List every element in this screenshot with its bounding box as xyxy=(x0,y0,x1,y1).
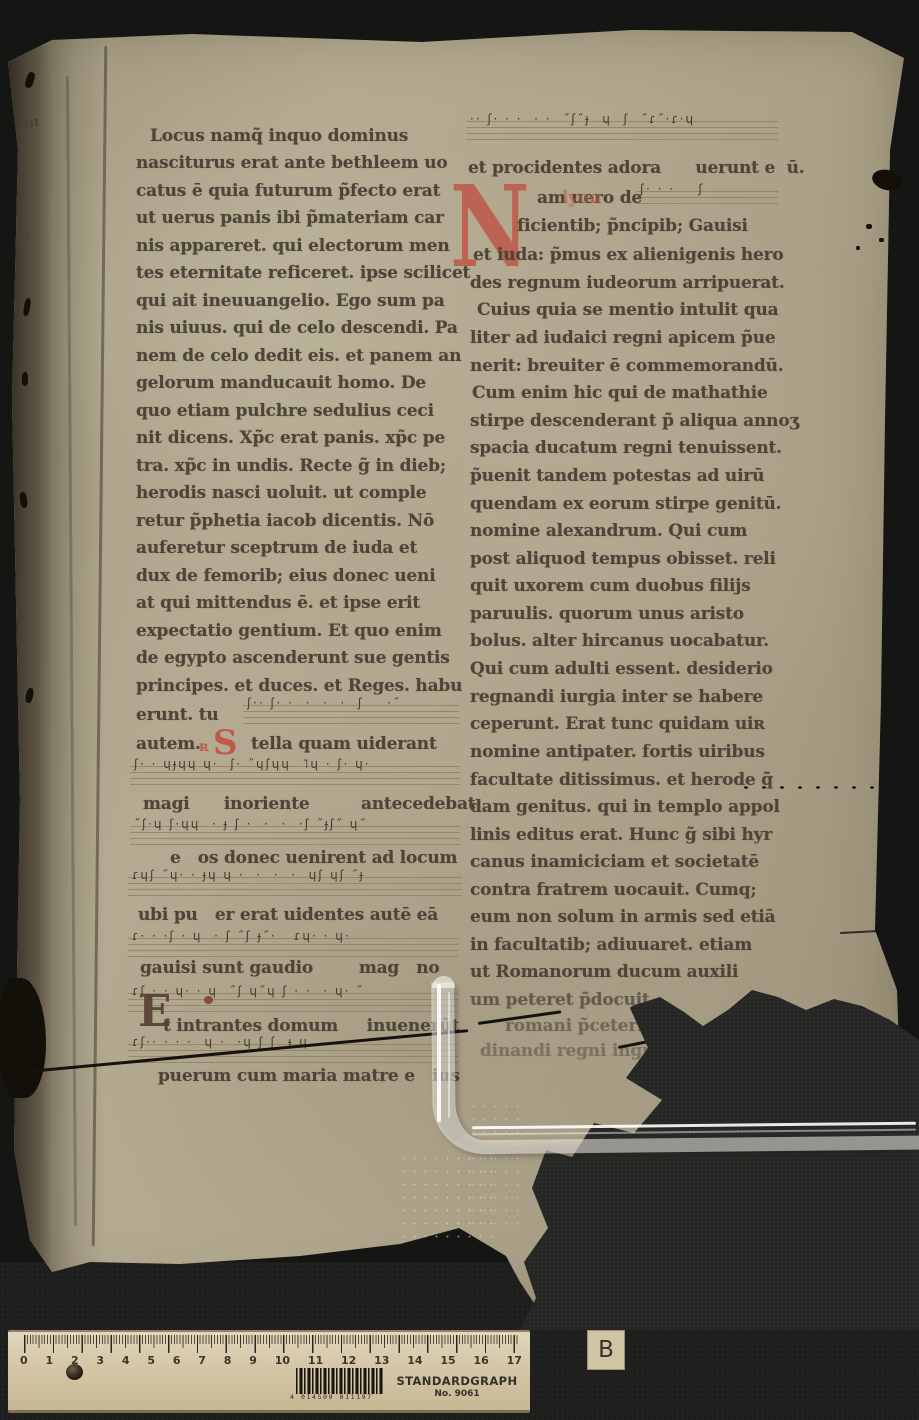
ruler-number: 16 xyxy=(473,1354,488,1367)
chant-lyric-line: e os donec uenirent ad locum xyxy=(170,848,457,868)
manuscript-text-line: nem de celo dedit eis. et panem an xyxy=(136,346,461,366)
ruler-brand: STANDARDGRAPH xyxy=(392,1374,522,1388)
ruler-number: 9 xyxy=(249,1354,257,1367)
manuscript-text-line: bolus. alter hircanus uocabatur. xyxy=(470,631,769,651)
music-staff: ɾ· · ·ʃ · ɥ · ʃ ˝ʃ ɟ˝· ɾɥ· · ɥ· xyxy=(128,933,458,957)
ruler-hole xyxy=(66,1364,83,1380)
ruler-number: 10 xyxy=(275,1354,290,1367)
manuscript-text-line: auferetur sceptrum de iuda et xyxy=(136,538,417,558)
chant-lyric-line: erunt. tu xyxy=(136,705,219,725)
manuscript-text-line: dam genitus. qui in templo appol xyxy=(470,797,780,817)
parchment-hole xyxy=(879,238,884,242)
ruler-number: 15 xyxy=(440,1354,455,1367)
neume-notation: ʃ·· ʃ· · · · · ʃ ·˝ xyxy=(247,696,401,710)
manuscript-text-line: quo etiam pulchre sedulius ceci xyxy=(136,401,434,421)
music-staff: ˝ʃ·ɥ ʃ·ɥɥ · ɟ ʃ · · · ·ʃ ˝ɟʃ˝ ɥ˝ xyxy=(130,821,460,845)
manuscript-text-line: facultate ditissimus. et herode q̃ xyxy=(470,770,773,790)
neume-notation: ˝ʃ·ɥ ʃ·ɥɥ · ɟ ʃ · · · ·ʃ ˝ɟʃ˝ ɥ˝ xyxy=(134,817,367,831)
ruler-number: 12 xyxy=(341,1354,356,1367)
manuscript-text-line: nasciturus erat ante bethleem uo xyxy=(136,153,448,173)
manuscript-text-line: liter ad iudaici regni apicem p̃ue xyxy=(470,328,775,348)
manuscript-text-line: nerit: breuiter ē commemorandū. xyxy=(470,356,784,376)
manuscript-text-line: ficientib; p̃ncipib; Gauisi xyxy=(517,216,748,236)
manuscript-text-line: p̃uenit tandem potestas ad uirū xyxy=(470,466,764,486)
manuscript-text-line: qui ait ineuuangelio. Ego sum pa xyxy=(136,291,445,311)
manuscript-text-line: des regnum iudeorum arripuerat. xyxy=(470,273,785,293)
manuscript-text-line: canus inamiciciam et societatē xyxy=(470,852,759,872)
manuscript-text-line: Cum enim hic qui de mathathie xyxy=(472,383,768,403)
neume-notation: ʃ· · ɥɟɥɥ ɥ· ʃ· ˝ɥʃɥɥ ˥ɥ · ʃ· ɥ· xyxy=(134,757,371,771)
barcode xyxy=(296,1368,384,1394)
barcode-digits: 4 014509 011197 xyxy=(290,1393,394,1401)
worm-holes-row xyxy=(737,783,909,792)
manuscript-text-line: de egypto ascenderunt sue gentis xyxy=(136,648,450,668)
photo-scale-marker-b: B xyxy=(587,1330,625,1370)
music-staff: ·· ʃ· · · · · ˝ʃ˝ɟ ɥ ʃ ˝ɾ˝·ɾ·ɥ xyxy=(466,116,778,140)
chant-lyric-line: tella quam uiderant xyxy=(251,734,437,754)
manuscript-text-line: tra. xp̃c in undis. Recte g̃ in dieb; xyxy=(136,456,446,476)
binding-gutter-shadow xyxy=(6,16,106,1316)
edge-nick xyxy=(22,372,28,386)
manuscript-text-line: tes eternitate reficeret. ipse scilicet xyxy=(136,263,470,283)
ruler-number: 1 xyxy=(45,1354,53,1367)
manuscript-text-line: nis uiuus. qui de celo descendi. Pa xyxy=(136,318,458,338)
chant-lyric-line: puerum cum maria matre e ius xyxy=(158,1066,460,1086)
chant-lyric-line: ubi pu er erat uidentes autē eā xyxy=(138,905,438,925)
red-ink-blot xyxy=(204,996,213,1004)
chant-lyric-line: magi inoriente antecedebat xyxy=(143,794,475,814)
manuscript-text-line: principes. et duces. et Reges. habu xyxy=(136,676,462,696)
marker-letter: B xyxy=(598,1337,614,1363)
manuscript-text-line: spacia ducatum regni tenuissent. xyxy=(470,438,782,458)
chant-lyric-line: t intrantes domum inuenerūt xyxy=(163,1016,459,1036)
manuscript-text-line: Cuius quia se mentio intulit qua xyxy=(477,300,778,320)
manuscript-text-line: in facultatib; adiuuaret. etiam xyxy=(470,935,752,955)
ruler-number: 8 xyxy=(224,1354,232,1367)
parchment-hole xyxy=(856,246,860,250)
manuscript-text-line: dux de femorib; eius donec ueni xyxy=(136,566,435,586)
initial-s: S xyxy=(213,726,238,760)
manuscript-text-line: post aliquod tempus obisset. reli xyxy=(470,549,776,569)
manuscript-text-line: eum non solum in armis sed etiā xyxy=(470,907,775,927)
ruler-number: 3 xyxy=(96,1354,104,1367)
neume-notation: ·· ʃ· · · · · ˝ʃ˝ɟ ɥ ʃ ˝ɾ˝·ɾ·ɥ xyxy=(470,112,695,126)
ruler-number: 11 xyxy=(308,1354,323,1367)
ruler-number: 14 xyxy=(407,1354,422,1367)
manuscript-text-line: herodis nasci uoluit. ut comple xyxy=(136,483,426,503)
music-staff: ɾʃ·· · · · ɥ · ·ɥ ʃ ʃ ɟ ɥ xyxy=(128,1039,458,1063)
manuscript-text-line: nit dicens. Xp̃c erat panis. xp̃c pe xyxy=(136,428,445,448)
manuscript-text-line: regnandi iurgia inter se habere xyxy=(470,687,763,707)
rubric-faded-word: lyou xyxy=(562,188,601,208)
manuscript-photo: o ſm zim Locus namq̃ inquo dominus nasci… xyxy=(0,0,919,1420)
neume-notation: ʃ· · · ʃ xyxy=(640,182,704,196)
chant-lyric-line: autem. xyxy=(136,734,201,754)
manuscript-text-line: paruulis. quorum unus aristo xyxy=(470,604,744,624)
ruler-model-number: No. 9061 xyxy=(392,1389,522,1399)
neume-notation: ɾɥʃ ˝ɥ· · ɟɥ ɥ · · · · ɥʃ ɥʃ ˝ɟ xyxy=(132,868,365,882)
manuscript-text-line: quendam ex eorum stirpe genitū. xyxy=(470,494,781,514)
ruler-ticks xyxy=(24,1335,518,1344)
manuscript-text-line: retur p̃phetia iacob dicentis. Nō xyxy=(136,511,434,531)
manuscript-text-line: linis editus erat. Hunc g̃ sibi hyr xyxy=(470,825,772,845)
ruler-number: 5 xyxy=(147,1354,155,1367)
manuscript-text-line: quit uxorem cum duobus filijs xyxy=(470,576,751,596)
manuscript-text-line: Locus namq̃ inquo dominus xyxy=(150,126,408,146)
photo-scale-ruler: 0 1 2 3 4 5 6 7 8 9 10 11 12 13 14 15 16… xyxy=(8,1330,530,1413)
ruler-number: 13 xyxy=(374,1354,389,1367)
glass-highlight xyxy=(448,992,450,1118)
ruler-number: 7 xyxy=(198,1354,206,1367)
ruler-number: 17 xyxy=(507,1354,522,1367)
manuscript-text-line: at qui mittendus ē. et ipse erit xyxy=(136,593,420,613)
rubric-mark: ʀ xyxy=(199,740,209,754)
manuscript-text-line: stirpe descenderant p̃ aliqua annoʒ xyxy=(470,411,799,431)
music-staff: ɾʃ · · ɥ· · ɥ ˝ʃ ɥ˝ɥ ʃ · · · ɥ· ˝ xyxy=(128,988,458,1012)
manuscript-text-line: expectatio gentium. Et quo enim xyxy=(136,621,442,641)
manuscript-text-line: nomine alexandrum. Qui cum xyxy=(470,521,747,541)
manuscript-text-line: ceperunt. Erat tunc quidam uiʀ xyxy=(470,714,765,734)
manuscript-text-line: nis appareret. qui electorum men xyxy=(136,236,450,256)
glass-highlight xyxy=(437,984,441,1122)
centimeter-ticks xyxy=(24,1335,518,1353)
music-staff: ɾɥʃ ˝ɥ· · ɟɥ ɥ · · · · ɥʃ ɥʃ ˝ɟ xyxy=(128,872,462,896)
chant-lyric-line: gauisi sunt gaudio mag no xyxy=(140,958,440,978)
ruler-number: 6 xyxy=(173,1354,181,1367)
neume-notation: ɾ· · ·ʃ · ɥ · ʃ ˝ʃ ɟ˝· ɾɥ· · ɥ· xyxy=(132,929,351,943)
music-staff: ʃ· · · ʃ xyxy=(636,186,778,206)
manuscript-text-line: nomine antipater. fortis uiribus xyxy=(470,742,765,762)
ruler-number: 0 xyxy=(20,1354,28,1367)
manuscript-text-line: ut uerus panis ibi p̃materiam car xyxy=(136,208,444,228)
music-staff: ʃ· · ɥɟɥɥ ɥ· ʃ· ˝ɥʃɥɥ ˥ɥ · ʃ· ɥ· xyxy=(130,761,460,785)
manuscript-text-line: gelorum manducauit homo. De xyxy=(136,373,426,393)
music-staff: ʃ·· ʃ· · · · · ʃ ·˝ xyxy=(243,700,459,724)
manuscript-text-line: catus ē quia futurum p̃fecto erat xyxy=(136,181,440,201)
manuscript-text-line: Qui cum adulti essent. desiderio xyxy=(470,659,773,679)
parchment-hole xyxy=(866,224,872,229)
ruler-number: 4 xyxy=(122,1354,130,1367)
manuscript-text-line: et iuda: p̃mus ex alienigenis hero xyxy=(473,245,784,265)
ruler-numbers: 0 1 2 3 4 5 6 7 8 9 10 11 12 13 14 15 16… xyxy=(20,1354,522,1367)
manuscript-text-line: contra fratrem uocauit. Cumq; xyxy=(470,880,756,900)
